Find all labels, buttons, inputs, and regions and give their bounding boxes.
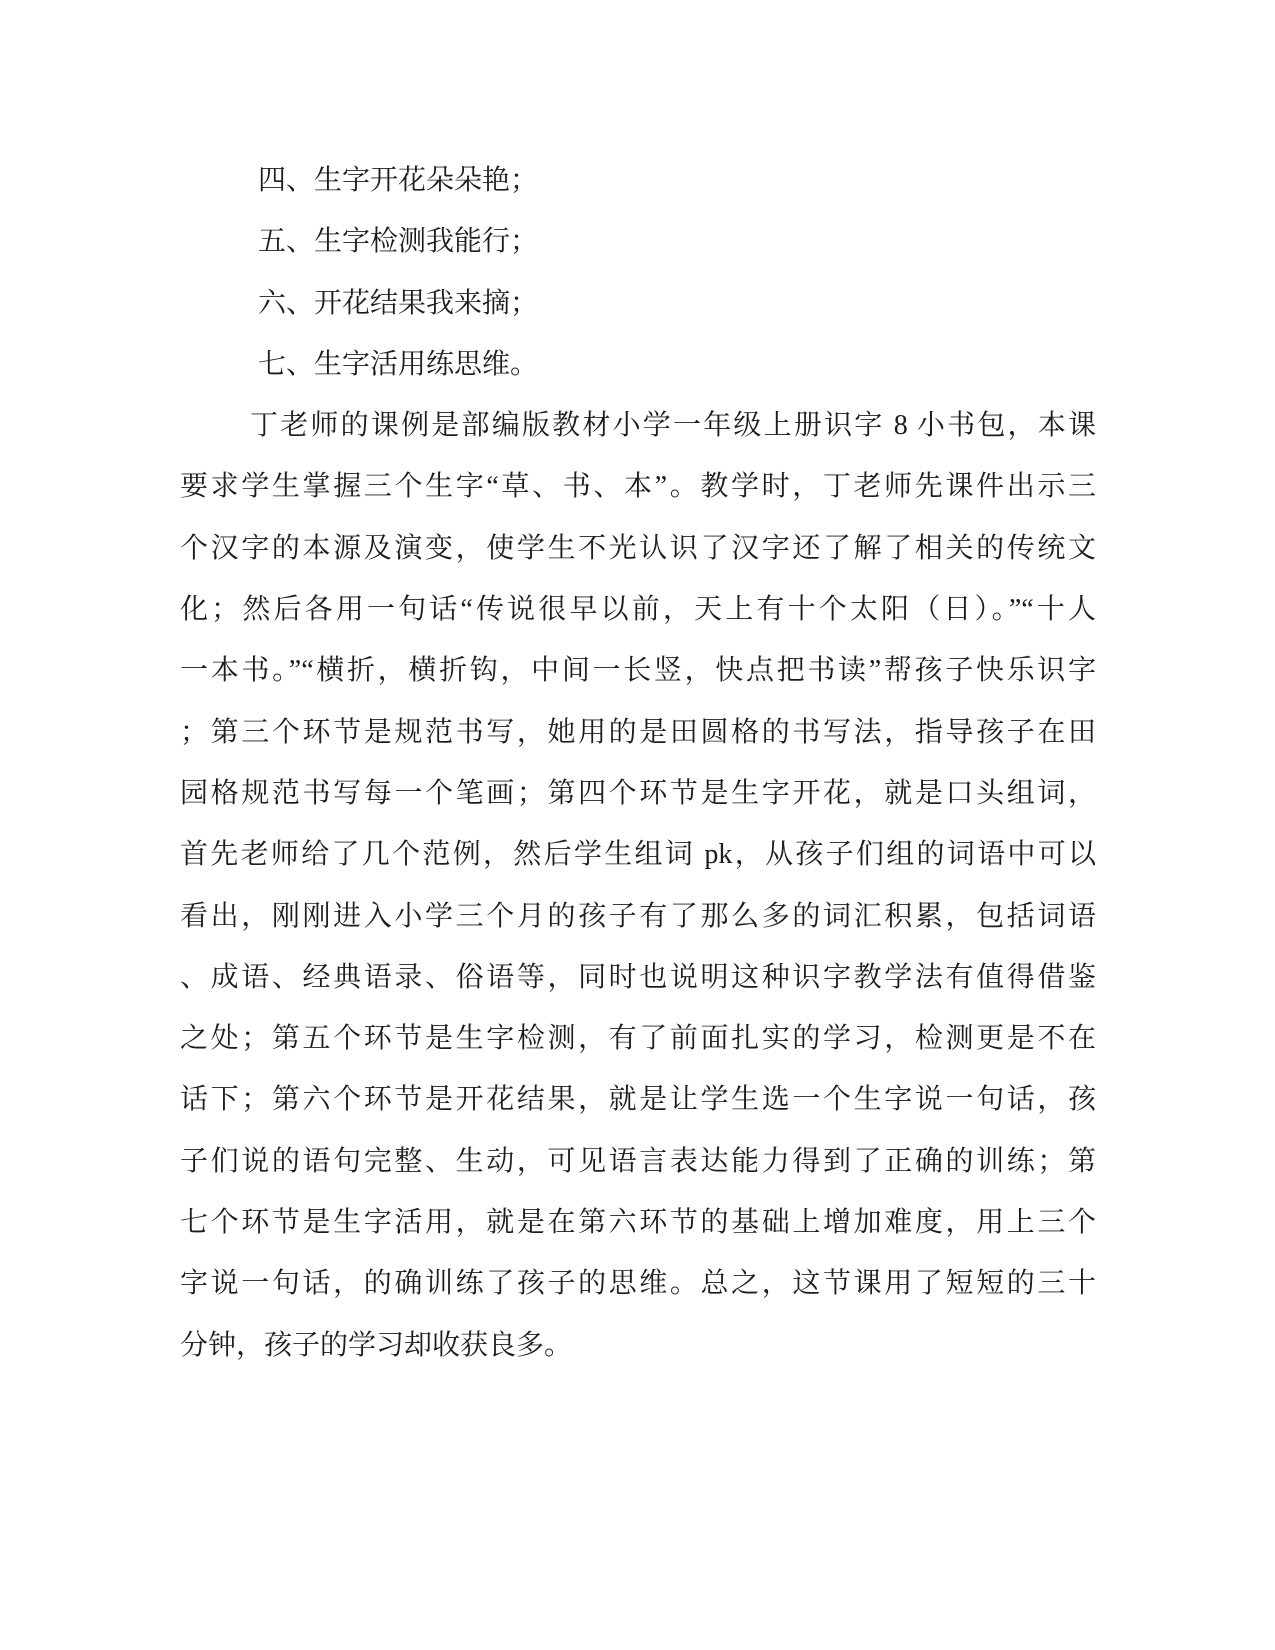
paragraph-line: 子们说的语句完整、生动，可见语言表达能力得到了正确的训练；第 xyxy=(180,1131,1096,1192)
document-content: 四、生字开花朵朵艳；五、生字检测我能行；六、开花结果我来摘；七、生字活用练思维。… xyxy=(180,150,1096,1376)
outline-item: 六、开花结果我来摘； xyxy=(180,273,1096,334)
outline-item: 五、生字检测我能行； xyxy=(180,211,1096,272)
outline-item: 七、生字活用练思维。 xyxy=(180,334,1096,395)
paragraph-line: 化；然后各用一句话“传说很早以前，天上有十个太阳（日）。”“十人 xyxy=(180,579,1096,640)
paragraph-line: 首先老师给了几个范例，然后学生组词 pk，从孩子们组的词语中可以 xyxy=(180,824,1096,885)
paragraph-line: 丁老师的课例是部编版教材小学一年级上册识字 8 小书包，本课 xyxy=(180,395,1096,456)
paragraph-line: 之处；第五个环节是生字检测，有了前面扎实的学习，检测更是不在 xyxy=(180,1008,1096,1069)
document-page: 四、生字开花朵朵艳；五、生字检测我能行；六、开花结果我来摘；七、生字活用练思维。… xyxy=(0,0,1275,1650)
paragraph-line: 看出，刚刚进入小学三个月的孩子有了那么多的词汇积累，包括词语 xyxy=(180,886,1096,947)
numbered-outline-list: 四、生字开花朵朵艳；五、生字检测我能行；六、开花结果我来摘；七、生字活用练思维。 xyxy=(180,150,1096,395)
paragraph-line: 一本书。”“横折，横折钩，中间一长竖，快点把书读”帮孩子快乐识字 xyxy=(180,640,1096,701)
paragraph-line: 要求学生掌握三个生字“草、书、本”。教学时，丁老师先课件出示三 xyxy=(180,456,1096,517)
paragraph-line: 个汉字的本源及演变，使学生不光认识了汉字还了解了相关的传统文 xyxy=(180,518,1096,579)
paragraph-line: 七个环节是生字活用，就是在第六环节的基础上增加难度，用上三个 xyxy=(180,1192,1096,1253)
paragraph-line: 、成语、经典语录、俗语等，同时也说明这种识字教学法有值得借鉴 xyxy=(180,947,1096,1008)
paragraph-line: 话下；第六个环节是开花结果，就是让学生选一个生字说一句话，孩 xyxy=(180,1069,1096,1130)
outline-item: 四、生字开花朵朵艳； xyxy=(180,150,1096,211)
paragraph-line: ；第三个环节是规范书写，她用的是田圆格的书写法，指导孩子在田 xyxy=(180,702,1096,763)
paragraph-line: 园格规范书写每一个笔画；第四个环节是生字开花，就是口头组词， xyxy=(180,763,1096,824)
body-paragraph: 丁老师的课例是部编版教材小学一年级上册识字 8 小书包，本课要求学生掌握三个生字… xyxy=(180,395,1096,1376)
paragraph-line: 分钟，孩子的学习却收获良多。 xyxy=(180,1315,1096,1376)
paragraph-line: 字说一句话，的确训练了孩子的思维。总之，这节课用了短短的三十 xyxy=(180,1253,1096,1314)
